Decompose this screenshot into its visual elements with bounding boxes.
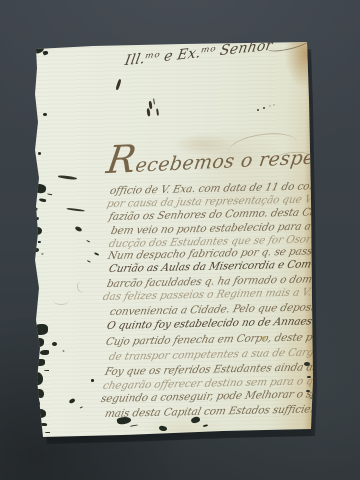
manuscript-photo: Ill.ᵐᵒ e Ex.ᵐᵒ Senhor Recebemos o respei…	[33, 40, 314, 439]
mold-spot-cluster	[33, 409, 46, 418]
manuscript-line: de transpor competentes a sua de Carga	[108, 347, 321, 362]
manuscript-line: Curião as Aulas da Misericordia e Com-	[108, 259, 316, 274]
mold-spot	[38, 152, 41, 155]
mold-spot-cluster	[33, 227, 42, 235]
mold-spot-cluster	[32, 41, 46, 54]
mold-spot-cluster	[116, 416, 131, 426]
ink-stroke-mark	[115, 79, 121, 90]
mold-spot	[158, 425, 167, 432]
ink-speck-row	[257, 109, 259, 111]
manuscript-line: mais desta Capital com Estados sufficien…	[104, 404, 334, 420]
ink-dash-mark	[58, 175, 77, 180]
mold-spot	[91, 379, 94, 382]
manuscript-line: officio de V. Exa. com data de 11 do cor…	[109, 180, 360, 196]
mold-spot-cluster	[31, 372, 43, 385]
mold-spot	[69, 398, 76, 404]
mold-spot-column	[304, 362, 310, 366]
mold-spot	[52, 342, 57, 346]
pencil-curve-mark	[76, 279, 92, 295]
mold-spot	[43, 113, 47, 116]
manuscript-page: Ill.ᵐᵒ e Ex.ᵐᵒ Senhor Recebemos o respei…	[33, 40, 314, 439]
yellow-stain-dot	[262, 336, 266, 340]
photograph-background: Ill.ᵐᵒ e Ex.ᵐᵒ Senhor Recebemos o respei…	[0, 0, 360, 480]
ink-scribble-mark	[148, 101, 152, 109]
mold-spot-cluster	[32, 183, 46, 194]
opening-line: Recebemos o respeitavel	[104, 128, 360, 182]
manuscript-line: Cujo partido fenecha em Corpo, deste par…	[105, 332, 331, 348]
salutation-line: Ill.ᵐᵒ e Ex.ᵐᵒ Senhor	[124, 33, 314, 69]
mold-spot-cluster	[33, 324, 48, 335]
mold-spot-scatter	[74, 226, 82, 233]
manuscript-line: O quinto foy estabelecido no de Annaes 1…	[106, 316, 342, 332]
faded-ink-swirl	[53, 295, 69, 305]
